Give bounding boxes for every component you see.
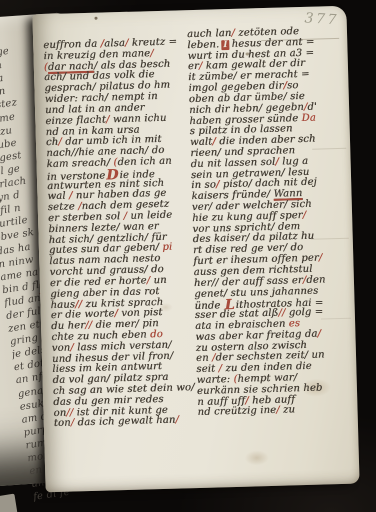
script-text: on xyxy=(53,407,66,418)
rubric-mark: / xyxy=(319,253,323,264)
script-text: d' xyxy=(307,101,317,112)
script-text: von xyxy=(52,342,71,354)
red-initial: D xyxy=(106,170,119,181)
rubric-mark: / xyxy=(175,415,179,426)
script-text: er xyxy=(188,61,199,72)
script-text: so xyxy=(287,80,299,91)
script-text: wal xyxy=(47,191,69,203)
rubric-mark: / xyxy=(150,48,154,59)
script-text: das ich gewalt han xyxy=(74,415,175,429)
ink-speck xyxy=(94,17,97,20)
red-initial: L xyxy=(225,300,235,311)
manuscript-line: ton/ das ich gewalt han/ xyxy=(54,416,196,431)
rubric-mark: / xyxy=(317,328,321,339)
parchment-stain xyxy=(245,450,269,466)
script-text: walt xyxy=(190,137,213,149)
manuscript-line: nd creützig ine/ zu xyxy=(197,404,361,419)
text-column-right: auch lan/ zetöten odeleben.Ihesus der an… xyxy=(187,26,362,420)
script-text: seit xyxy=(196,364,219,376)
script-text: kam sreach/ xyxy=(46,157,113,170)
script-text: alsa xyxy=(104,38,125,50)
script-text: ton xyxy=(54,418,71,429)
manuscript-page: 377 euffron da /alsa/ kreutz =in kreuzig… xyxy=(32,6,359,493)
script-text: den ich an xyxy=(117,156,172,169)
manuscript-photo: m gelatus geflabenain haman nder stezan … xyxy=(0,0,376,512)
text-column-left: euffron da /alsa/ kreutz =in kreuzig den… xyxy=(43,37,196,430)
red-initial-block: I xyxy=(221,40,230,50)
script-text: zu xyxy=(280,405,296,416)
script-text: un leide xyxy=(127,210,173,222)
script-text: nd creützig ine xyxy=(197,405,276,418)
rubric-mark: / xyxy=(302,210,306,221)
script-text: den xyxy=(306,274,326,286)
script-text: ch xyxy=(46,137,59,148)
script-text: auch lan xyxy=(187,28,232,40)
rubric-mark: es xyxy=(289,318,301,329)
rubric-mark: do xyxy=(150,329,163,340)
facing-page-bottom-corner xyxy=(0,494,17,512)
script-text: un xyxy=(150,275,167,286)
script-text: en xyxy=(196,353,212,364)
script-text: golg = xyxy=(285,307,323,319)
rubric-mark: Da xyxy=(301,112,316,123)
rubric-mark: pi xyxy=(162,242,172,253)
